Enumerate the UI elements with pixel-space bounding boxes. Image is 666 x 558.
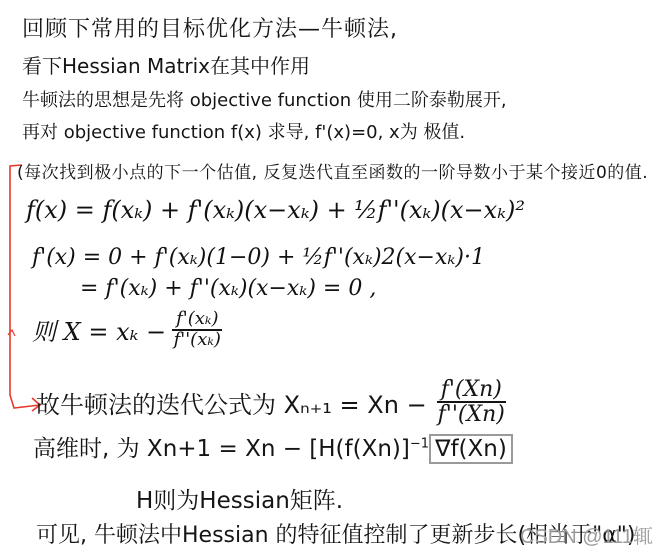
solution-prefix: 则 X = xₖ − <box>32 312 166 347</box>
gradient-boxed: ∇f(Xn) <box>429 434 513 464</box>
iteration-explanation: (每次找到极小点的下一个估值, 反复迭代直至函数的一阶导数小于某个接近0的值. <box>17 158 648 183</box>
taylor-expansion-equation: f(x) = f(xₖ) + f'(xₖ)(x−xₖ) + ½f''(xₖ)(x… <box>26 196 525 224</box>
csdn-watermark: CSDN @111辄 <box>520 520 653 549</box>
derivative-equation-2: = f'(xₖ) + f''(xₖ)(x−xₖ) = 0 , <box>80 276 376 301</box>
solution-numerator: f'(xₖ) <box>172 310 222 331</box>
derivative-equation-1: f'(x) = 0 + f'(xₖ)(1−0) + ½f''(xₖ)2(x−xₖ… <box>32 245 485 270</box>
high-dim-formula: 高维时, 为 Xn+1 = Xn − [H(f(Xn)]−1∇f(Xn) <box>33 430 513 463</box>
solution-fraction: f'(xₖ) f''(xₖ) <box>172 310 222 350</box>
idea-line-taylor: 牛顿法的思想是先将 objective function 使用二阶泰勒展开, <box>22 86 507 112</box>
solution-denominator: f''(xₖ) <box>174 331 221 350</box>
solution-equation: 则 X = xₖ − f'(xₖ) f''(xₖ) <box>32 310 222 350</box>
intro-line-newton: 回顾下常用的目标优化方法—牛顿法, <box>22 12 398 43</box>
intro-line-hessian: 看下Hessian Matrix在其中作用 <box>22 50 310 79</box>
iteration-prefix: 故牛顿法的迭代公式为 Xₙ₊₁ = Xn − <box>36 385 427 420</box>
iteration-numerator: f'(Xn) <box>437 378 506 403</box>
high-dim-prefix: 高维时, 为 Xn+1 = Xn − [H(f(Xn)] <box>33 436 410 462</box>
iteration-formula: 故牛顿法的迭代公式为 Xₙ₊₁ = Xn − f'(Xn) f''(Xn) <box>36 378 506 426</box>
hessian-definition: H则为Hessian矩阵. <box>136 482 343 515</box>
iteration-denominator: f''(Xn) <box>438 403 505 426</box>
inverse-superscript: −1 <box>410 436 429 451</box>
idea-line-derivative: 再对 objective function f(x) 求导, f'(x)=0, … <box>22 118 465 144</box>
iteration-fraction: f'(Xn) f''(Xn) <box>437 378 506 426</box>
